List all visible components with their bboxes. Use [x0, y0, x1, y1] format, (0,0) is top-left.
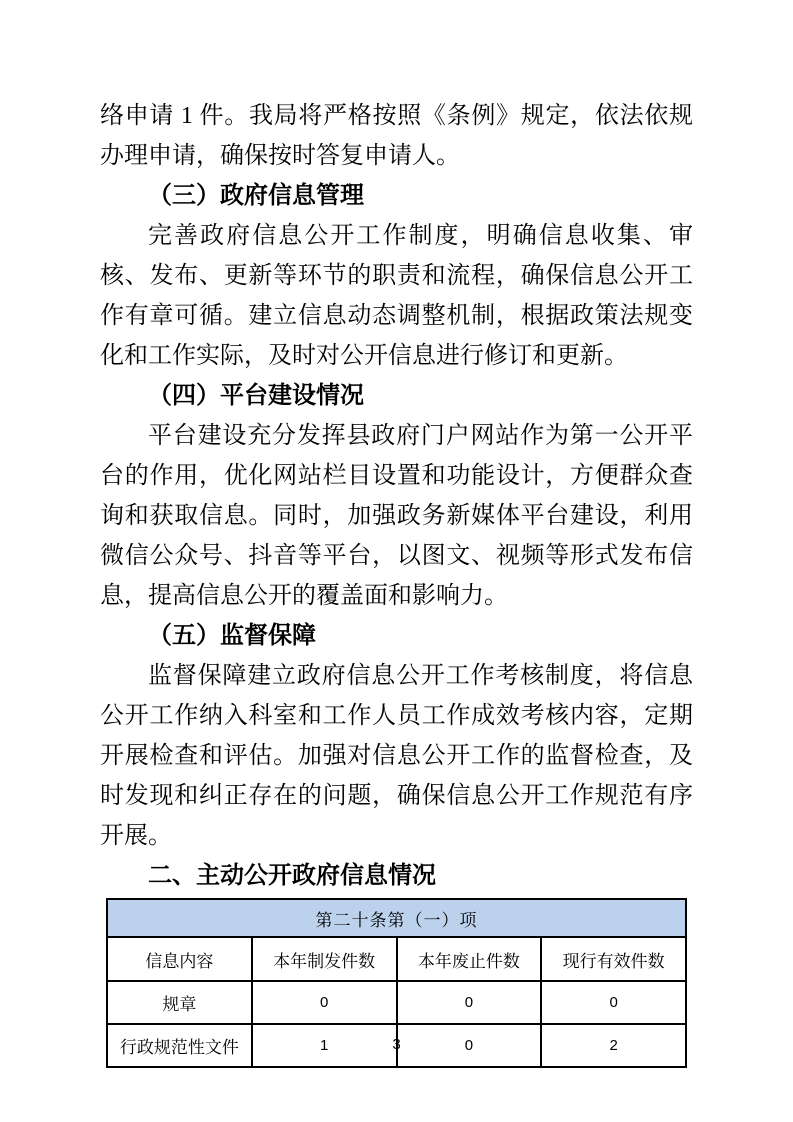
section-heading-info-management: （三）政府信息管理 — [100, 176, 693, 216]
column-header-info-content: 信息内容 — [107, 937, 252, 981]
page-number: 3 — [0, 1036, 793, 1053]
column-header-issued-this-year: 本年制发件数 — [252, 937, 397, 981]
paragraph-info-management: 完善政府信息公开工作制度，明确信息收集、审核、发布、更新等环节的职责和流程，确保… — [100, 216, 693, 376]
section-heading-platform-construction: （四）平台建设情况 — [100, 376, 693, 416]
column-header-currently-effective: 现行有效件数 — [541, 937, 686, 981]
table-header-row: 信息内容 本年制发件数 本年废止件数 现行有效件数 — [107, 937, 686, 981]
paragraph-supervision: 监督保障建立政府信息公开工作考核制度，将信息公开工作纳入科室和工作人员工作成效考… — [100, 656, 693, 856]
row-label: 规章 — [107, 981, 252, 1024]
section-heading-supervision: （五）监督保障 — [100, 616, 693, 656]
column-header-abolished-this-year: 本年废止件数 — [397, 937, 542, 981]
paragraph-platform-construction: 平台建设充分发挥县政府门户网站作为第一公开平台的作用，优化网站栏目设置和功能设计… — [100, 416, 693, 616]
cell-value: 0 — [252, 981, 397, 1024]
document-page: 络申请 1 件。我局将严格按照《条例》规定，依法依规办理申请，确保按时答复申请人… — [0, 0, 793, 1122]
cell-value: 0 — [541, 981, 686, 1024]
table-row-regulations: 规章 0 0 0 — [107, 981, 686, 1024]
paragraph-continuation: 络申请 1 件。我局将严格按照《条例》规定，依法依规办理申请，确保按时答复申请人… — [100, 96, 693, 176]
table-title: 第二十条第（一）项 — [107, 899, 686, 937]
section-heading-proactive-disclosure: 二、主动公开政府信息情况 — [100, 856, 693, 896]
cell-value: 0 — [397, 981, 542, 1024]
table-title-row: 第二十条第（一）项 — [107, 899, 686, 937]
